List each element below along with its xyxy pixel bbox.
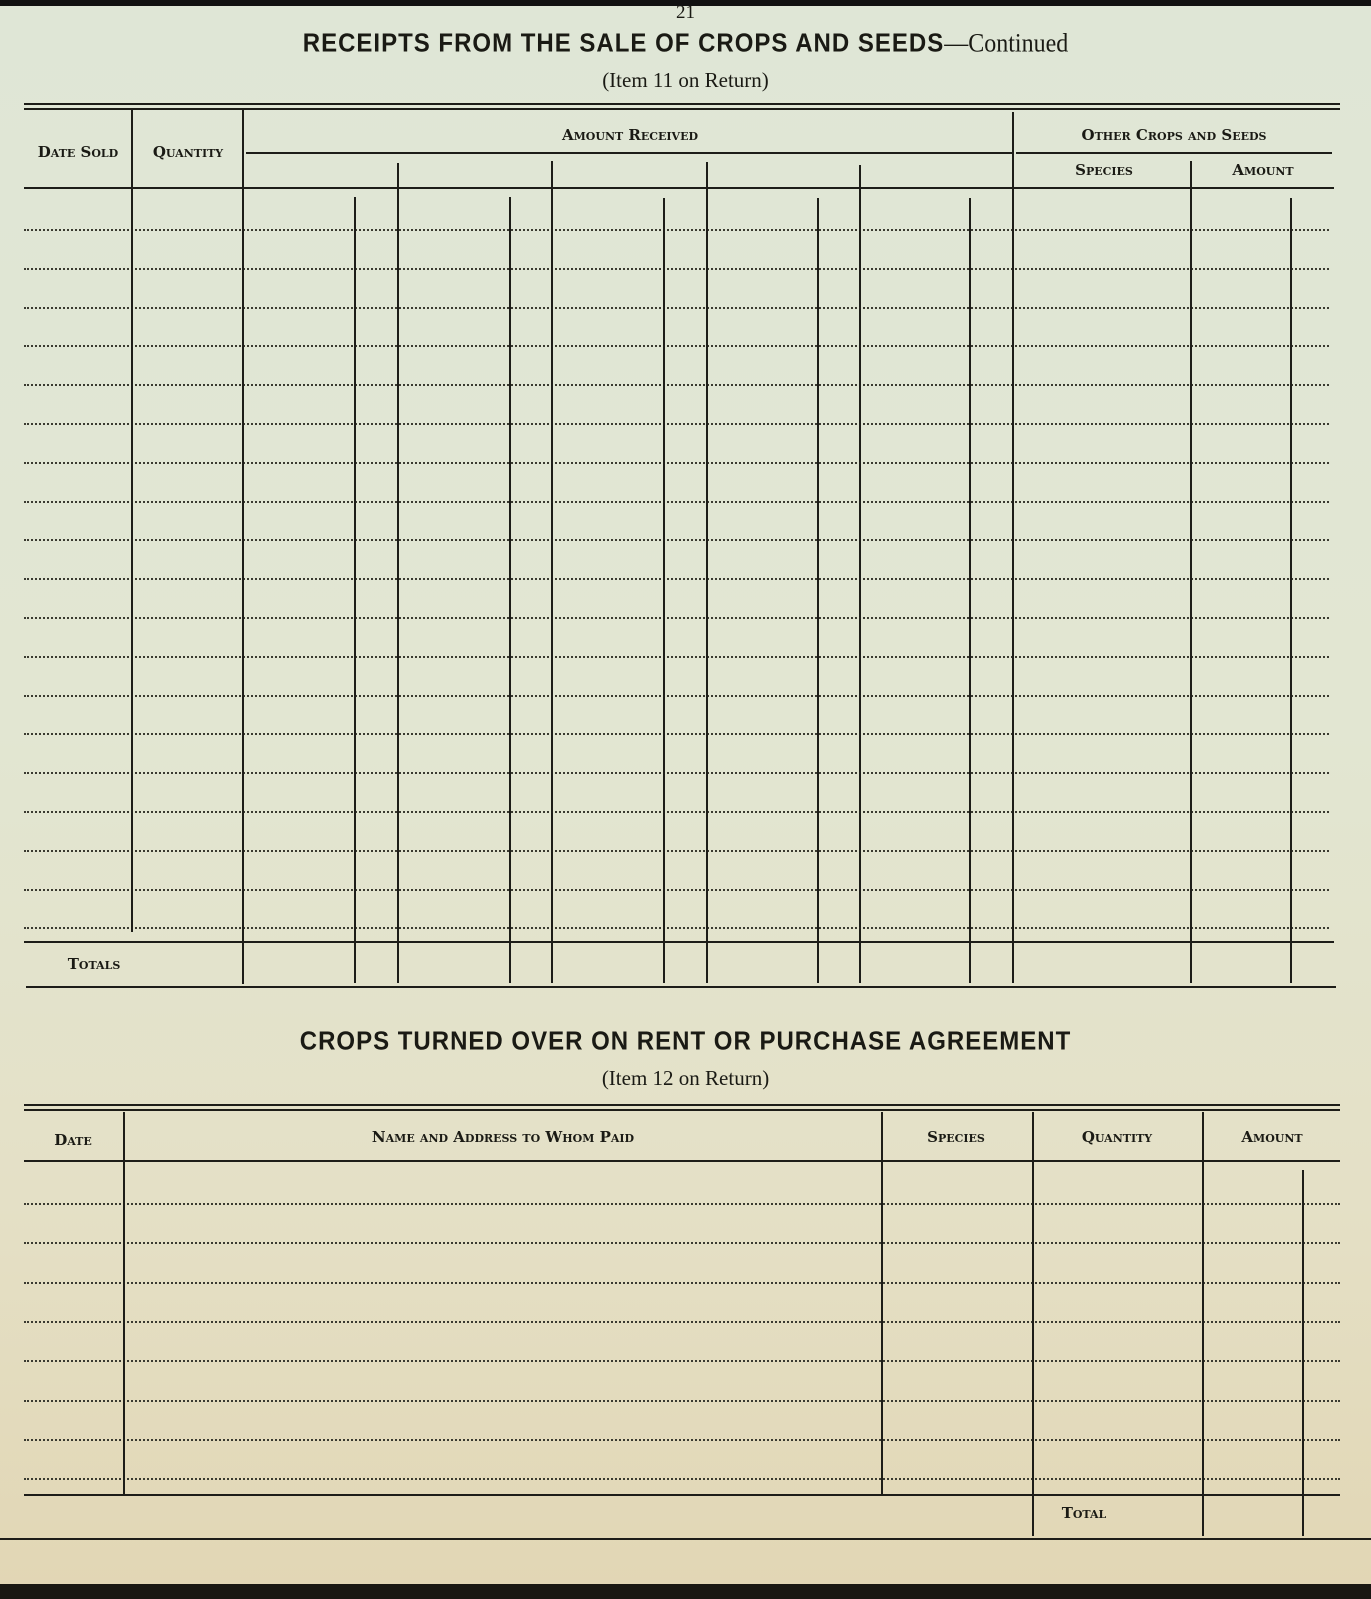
table-row[interactable] — [24, 384, 1329, 386]
cents-divider-other — [1290, 198, 1292, 983]
table-row[interactable] — [24, 656, 1329, 658]
table-row[interactable] — [24, 345, 1329, 347]
table-row[interactable] — [24, 1282, 1340, 1284]
table-row[interactable] — [24, 423, 1329, 425]
table-row[interactable] — [24, 1478, 1340, 1480]
section1-subtitle: (Item 11 on Return) — [0, 68, 1371, 93]
col-header-amount: Amount — [1194, 161, 1332, 179]
table-row[interactable] — [24, 811, 1329, 813]
double-rule-bottom — [24, 108, 1340, 110]
col-header-other-crops: Other Crops and Seeds — [1016, 126, 1332, 144]
total-label: Total — [1034, 1504, 1134, 1522]
table-row[interactable] — [24, 229, 1329, 231]
col-divider-amt-1 — [397, 163, 399, 983]
col-header-species-2: Species — [882, 1128, 1030, 1146]
table-row[interactable] — [24, 578, 1329, 580]
table-row[interactable] — [24, 1360, 1340, 1362]
double-rule-bottom-2 — [24, 1109, 1340, 1111]
col-divider-species — [1190, 161, 1192, 983]
page-number: 21 — [0, 2, 1371, 24]
table-row[interactable] — [24, 695, 1329, 697]
col-header-name-address: Name and Address to Whom Paid — [126, 1128, 880, 1146]
table-row[interactable] — [24, 1321, 1340, 1323]
col-header-quantity: Quantity — [134, 143, 242, 161]
table2-bottom-rule — [0, 1538, 1371, 1540]
table-row[interactable] — [24, 268, 1329, 270]
table-row[interactable] — [24, 307, 1329, 309]
cents-divider-5 — [969, 198, 971, 983]
col-header-species: Species — [1016, 161, 1192, 179]
cents-divider-3 — [663, 198, 665, 983]
section2-title: CROPS TURNED OVER ON RENT OR PURCHASE AG… — [0, 1027, 1371, 1057]
col-divider-date — [131, 110, 133, 932]
col-header-date-sold: Date Sold — [24, 143, 132, 161]
table-row[interactable] — [24, 889, 1329, 891]
col-divider-species-2 — [1032, 1112, 1034, 1536]
col-header-amount-2: Amount — [1204, 1128, 1340, 1146]
table-row[interactable] — [24, 1203, 1340, 1205]
table-row[interactable] — [24, 617, 1329, 619]
page-bottom-edge — [0, 1584, 1371, 1599]
col-divider-amt-4 — [859, 165, 861, 983]
col-divider-amt-3 — [706, 162, 708, 983]
amount-received-underline — [246, 152, 1014, 154]
totals-label: Totals — [24, 955, 164, 973]
cents-divider-2 — [509, 197, 511, 983]
cents-divider-2b — [1302, 1170, 1304, 1536]
col-divider-quantity — [242, 110, 244, 984]
col-header-date: Date — [24, 1131, 122, 1149]
section1-title-text: RECEIPTS FROM THE SALE OF CROPS AND SEED… — [303, 29, 945, 58]
section1-title: RECEIPTS FROM THE SALE OF CROPS AND SEED… — [0, 29, 1371, 59]
table-row[interactable] — [24, 501, 1329, 503]
section1-title-suffix: —Continued — [944, 30, 1068, 58]
cents-divider-4 — [817, 198, 819, 983]
col-divider-other-crops — [1012, 112, 1014, 983]
col-header-amount-received: Amount Received — [246, 126, 1014, 144]
double-rule-top-2 — [24, 1104, 1340, 1106]
totals-top-rule — [24, 941, 1334, 943]
table-row[interactable] — [24, 462, 1329, 464]
header-bottom-rule-2 — [24, 1160, 1340, 1162]
table-row[interactable] — [24, 1400, 1340, 1402]
table-row[interactable] — [24, 772, 1329, 774]
col-divider-name — [881, 1112, 883, 1494]
cents-divider-1 — [354, 197, 356, 983]
table-row[interactable] — [24, 927, 1329, 929]
table-row[interactable] — [24, 1242, 1340, 1244]
col-header-quantity-2: Quantity — [1034, 1128, 1200, 1146]
table-row[interactable] — [24, 1439, 1340, 1441]
section2-subtitle: (Item 12 on Return) — [0, 1066, 1371, 1091]
double-rule-top — [24, 103, 1340, 105]
header-bottom-rule — [24, 187, 1334, 189]
other-crops-underline — [1016, 152, 1332, 154]
table-row[interactable] — [24, 539, 1329, 541]
table-row[interactable] — [24, 733, 1329, 735]
table-bottom-rule — [26, 986, 1336, 988]
table-row[interactable] — [24, 850, 1329, 852]
total-top-rule — [24, 1494, 1340, 1496]
col-divider-date-2 — [123, 1112, 125, 1496]
col-divider-amt-2 — [551, 161, 553, 983]
col-divider-quantity-2 — [1202, 1112, 1204, 1536]
